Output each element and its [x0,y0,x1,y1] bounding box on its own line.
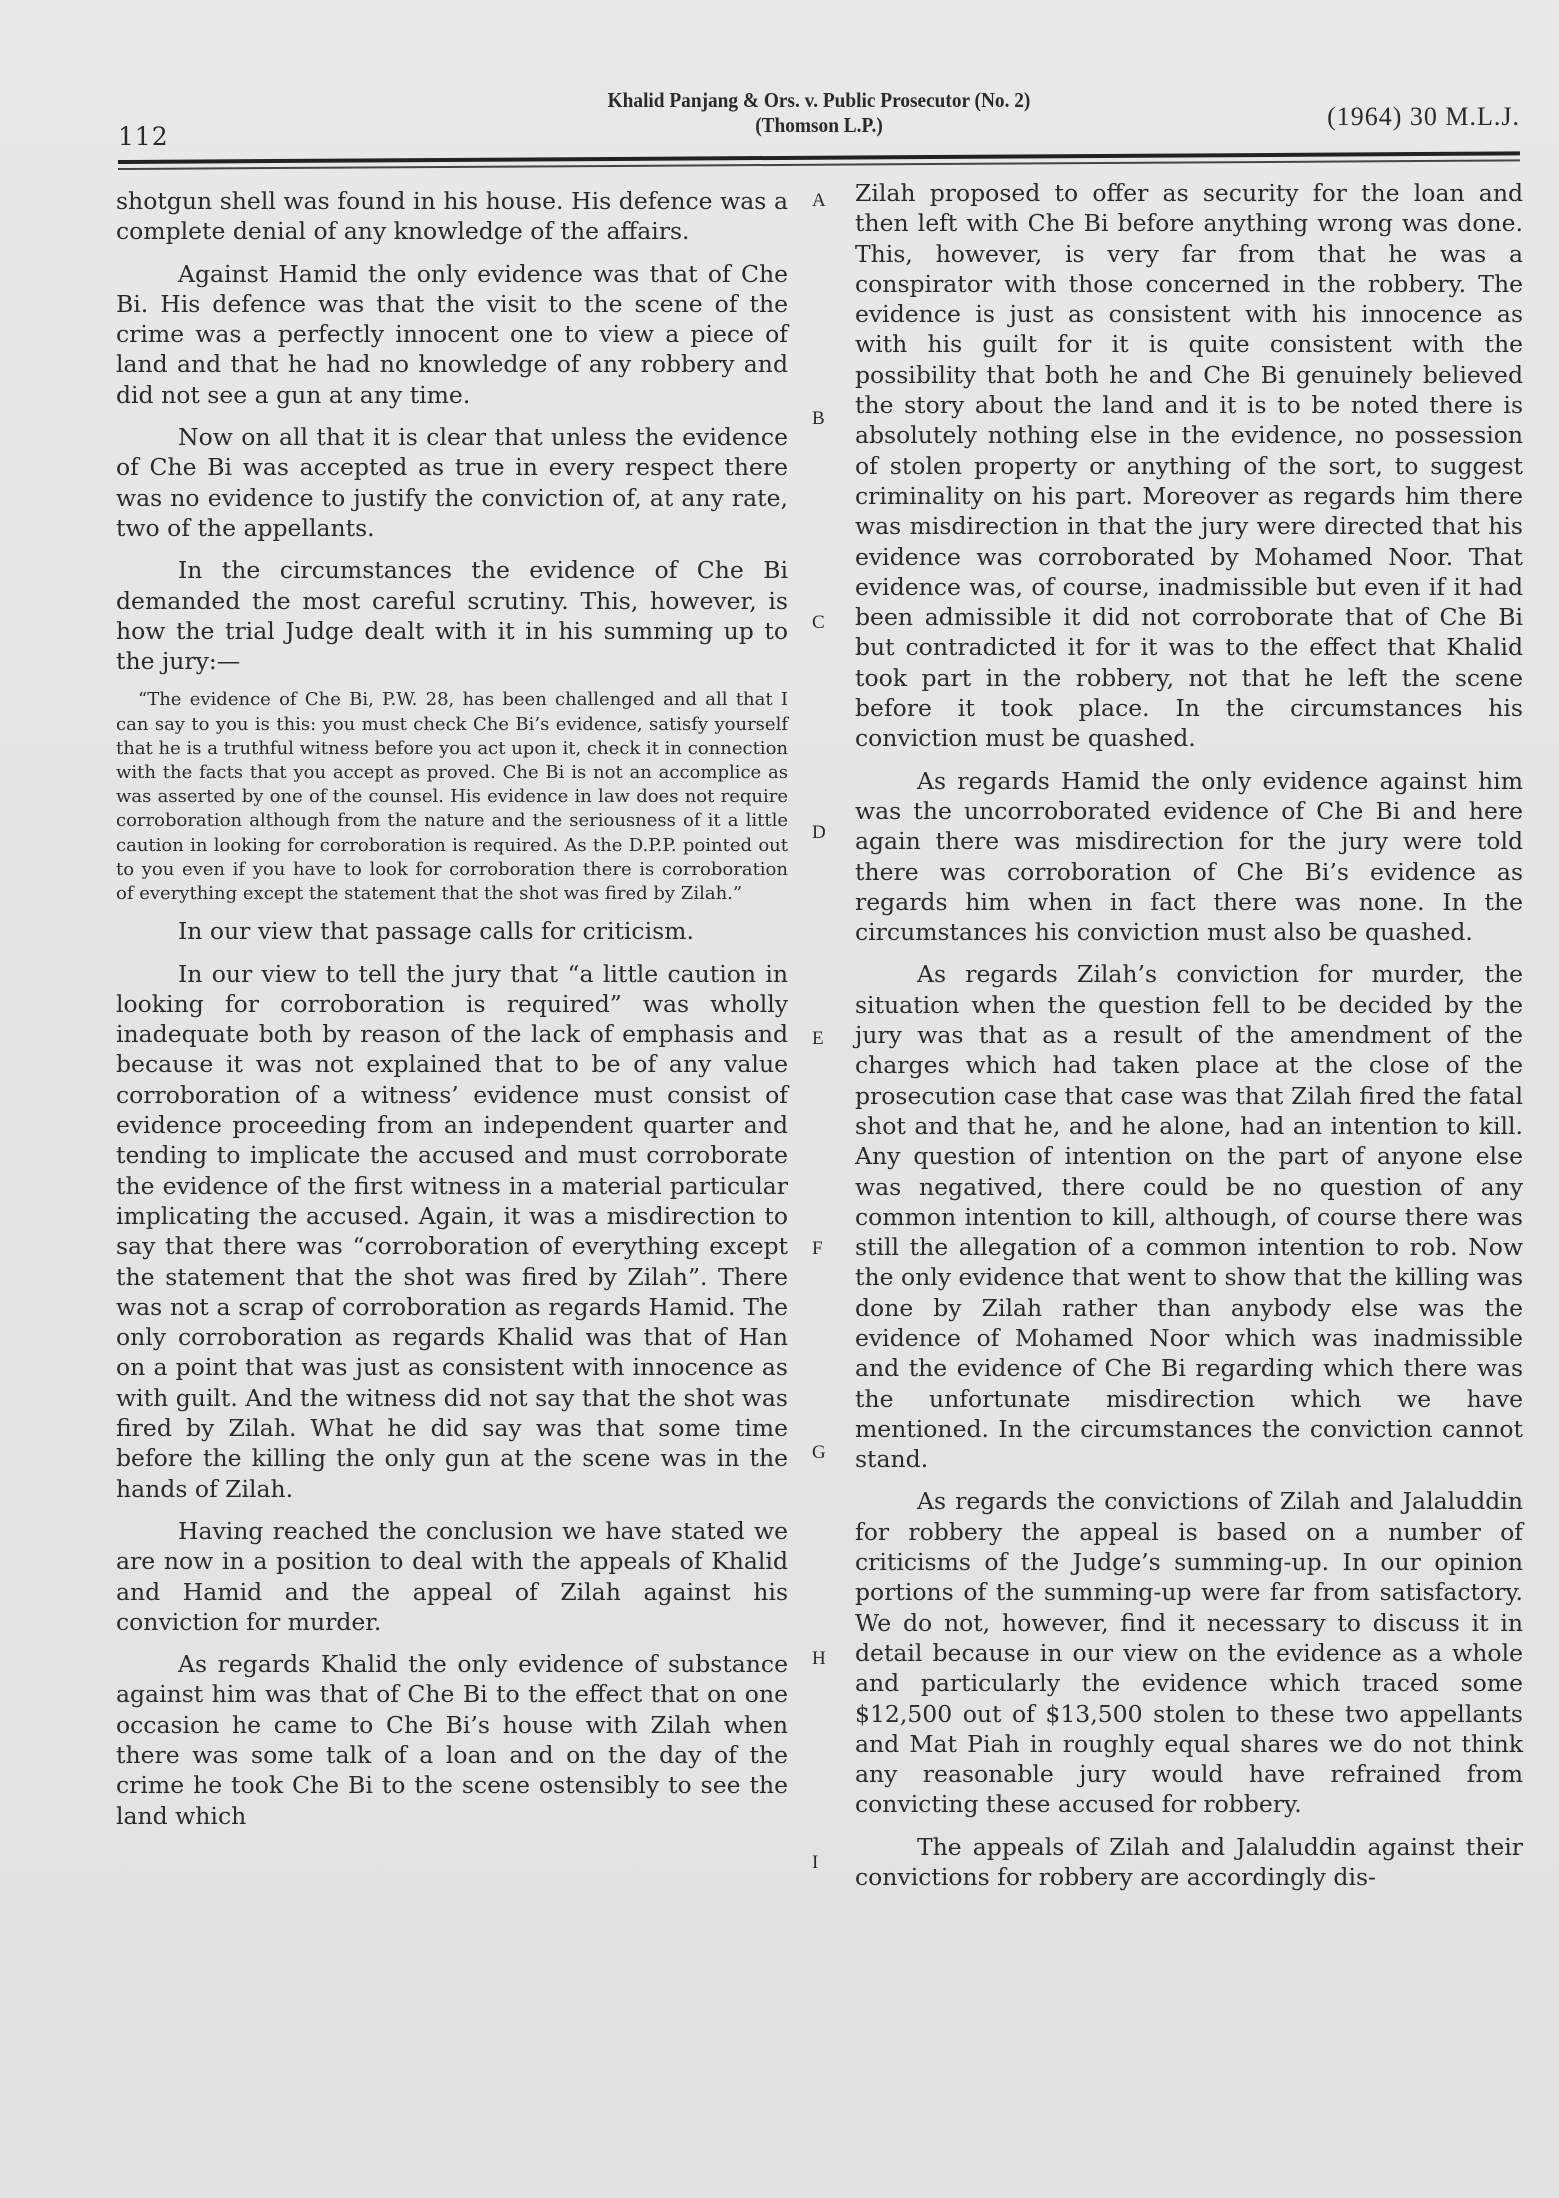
document-page: 112 Khalid Panjang & Ors. v. Public Pros… [0,0,1559,2198]
paragraph: In our view that passage calls for criti… [116,916,788,946]
margin-letter-h: H [812,1648,826,1670]
paragraph: As regards Khalid the only evidence of s… [116,1649,788,1831]
margin-letter-f: F [812,1238,823,1260]
margin-letter-e: E [812,1028,824,1050]
paragraph: As regards Hamid the only evidence again… [855,766,1523,948]
paragraph: As regards Zilah’s conviction for murder… [855,959,1523,1474]
paragraph: In our view to tell the jury that “a lit… [116,959,788,1504]
block-quote: “The evidence of Che Bi, P.W. 28, has be… [116,688,788,906]
paragraph: Now on all that it is clear that unless … [116,422,788,543]
margin-letter-d: D [812,822,826,844]
margin-letter-i: I [812,1852,818,1874]
paragraph: Having reached the conclusion we have st… [116,1516,788,1637]
paragraph: shotgun shell was found in his house. Hi… [116,186,788,247]
paragraph: Against Hamid the only evidence was that… [116,259,788,410]
margin-letter-a: A [812,190,826,212]
margin-letter-c: C [812,612,825,634]
running-title-line1: Khalid Panjang & Ors. v. Public Prosecut… [174,88,1464,113]
margin-letter-g: G [812,1442,826,1464]
paragraph: In the circumstances the evidence of Che… [116,555,788,676]
paragraph: The appeals of Zilah and Jalaluddin agai… [855,1832,1523,1893]
running-title-line2: (Thomson L.P.) [174,113,1464,138]
margin-letter-b: B [812,408,825,430]
page-header: 112 Khalid Panjang & Ors. v. Public Pros… [118,84,1520,154]
running-title: Khalid Panjang & Ors. v. Public Prosecut… [174,88,1464,138]
paragraph: Zilah proposed to offer as security for … [855,178,1523,754]
page-number: 112 [118,122,169,151]
left-column: shotgun shell was found in his house. Hi… [116,186,788,1843]
right-column: Zilah proposed to offer as security for … [855,178,1523,1904]
paragraph: As regards the convictions of Zilah and … [855,1486,1523,1819]
citation: (1964) 30 M.L.J. [1327,102,1520,132]
